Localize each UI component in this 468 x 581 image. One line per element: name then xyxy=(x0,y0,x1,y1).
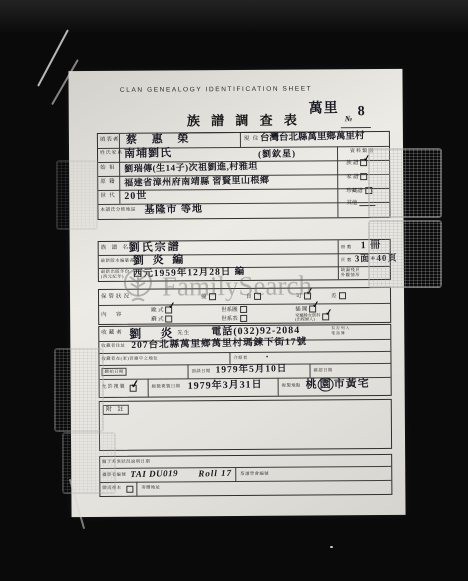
condition-label: 保管狀況 xyxy=(101,295,131,301)
compiler-value: 劉 炎 編 xyxy=(133,255,187,267)
option-label: 世系圖 xyxy=(221,308,238,314)
holder-label: 收藏者 xyxy=(101,331,124,337)
holder-position-label: 收藏者在(家)宮廟中之地位 xyxy=(101,357,158,362)
option-label2: (出嫁婦人) xyxy=(295,318,320,322)
society-number-label: 系譜學會編號 xyxy=(240,472,269,476)
checkmark-icon: ✓ xyxy=(324,308,333,318)
checkbox-icon xyxy=(339,292,346,302)
checkmark-icon: ✓ xyxy=(311,300,320,310)
holder-table: 收藏者 劉 炎 先生 電話(032)92-2084 有否列入 電話簿 收藏者住址… xyxy=(98,324,391,398)
checkbox-icon: ✓ xyxy=(322,313,329,321)
founder-label: 始 祖 xyxy=(100,166,115,172)
checkmark-icon: ✓ xyxy=(130,379,141,391)
seal-stamp-icon xyxy=(368,148,442,218)
document-page: CLAN GENEALOGY IDENTIFICATION SHEET 族 譜 … xyxy=(68,69,405,517)
retake-date-label: 翻拍日期 xyxy=(102,368,127,376)
checkbox-icon xyxy=(126,486,133,493)
option-label: 族 譜 xyxy=(346,161,358,167)
copy-place-label: 複製地點 xyxy=(282,384,301,388)
generations-value: 20世 xyxy=(124,191,147,201)
condition-option: 可 ✓ xyxy=(296,292,311,302)
edition-table: 族 譜 名 劉氏宗譜 冊 數 1 冊 最新版本編纂者 劉 炎 編 頁 數 3面+… xyxy=(98,239,391,282)
origin-label: 原 籍 xyxy=(100,180,115,186)
place-text: 桃 xyxy=(306,379,318,391)
distribution-value: 基隆市 等地 xyxy=(144,205,203,216)
clan-note: (劉欽星) xyxy=(258,149,296,159)
phone-note2: 電話簿 xyxy=(331,332,345,336)
introducer-value: · xyxy=(265,353,270,363)
place-circled-char: 園 xyxy=(317,377,333,391)
pages-label: 頁 數 xyxy=(341,258,352,262)
holder-address-value: 207台北縣萬里鄉萬里村瑪鍊下街17號 xyxy=(131,338,307,351)
option-label: 良 xyxy=(246,295,252,301)
option-label: 其他 xyxy=(346,201,357,207)
table-line xyxy=(309,363,310,377)
table-line xyxy=(338,240,339,279)
checkbox-icon: ✓ xyxy=(304,292,311,302)
option-label: 珍藏譜 xyxy=(346,189,363,195)
holder-name: 劉 炎 xyxy=(129,327,180,340)
interview-date-value: 1979年5月10日 xyxy=(215,365,287,376)
contents-option: 蘇 式 xyxy=(151,315,172,325)
admin-table: 關于差異狀況說明日期 攝影者編號 TAI DU019 Roll 17 系譜學會編… xyxy=(99,454,392,497)
table-line xyxy=(278,378,279,396)
compiler-label: 最新版本編纂者 xyxy=(101,259,135,264)
holder-phone: 電話(032)92-2084 xyxy=(211,326,300,338)
volumes-label: 冊 數 xyxy=(341,245,352,249)
copy-place-value: 桃園市黃宅 xyxy=(306,379,370,391)
roll-number: Roll 17 xyxy=(198,469,232,479)
microfilm-date-value: 1979年3月31日 xyxy=(188,380,263,392)
option-label: 世系表 xyxy=(221,317,238,323)
checkbox-icon: ✓ xyxy=(130,385,137,395)
permission-checkbox: ✓ xyxy=(130,385,137,395)
no-underline xyxy=(341,127,371,128)
origin-value: 福建省漳州府南靖縣 習賢里山根鄉 xyxy=(124,176,269,188)
material-type-option: 族 譜 ✓ xyxy=(346,159,367,169)
genealogy-name-value: 劉氏宗譜 xyxy=(129,242,181,254)
table-line xyxy=(187,364,188,378)
residence-label: 現 住 xyxy=(244,137,259,143)
condition-table: 保管狀況 優 良 可 ✓ 差 內 容 歐 式 ✓ xyxy=(98,287,391,325)
pubdate-value: 西元1959年12月28日 編 xyxy=(133,268,246,280)
checkbox-icon xyxy=(209,293,216,303)
filler-label: 填表者 xyxy=(100,138,120,144)
photographer-value: TAI DU019 xyxy=(130,469,178,479)
option-label: 優 xyxy=(201,295,207,301)
form-title: 族 譜 調 查 表 xyxy=(187,110,301,134)
generations-label: 世 代 xyxy=(100,194,115,200)
contents-label: 內 容 xyxy=(101,313,125,319)
honorific-label: 先生 xyxy=(177,331,190,337)
condition-option: 差 xyxy=(331,292,346,302)
pubdate-label2: (西元紀年) xyxy=(101,275,124,279)
checkbox-icon: ✓ xyxy=(360,159,367,169)
material-type-option: 家 譜 xyxy=(346,173,367,183)
table-line xyxy=(148,379,149,397)
distribution-label: 本譜氏分佈地區 xyxy=(100,208,136,213)
send-address-label: 寄贈地址 xyxy=(141,486,160,490)
checkbox-icon xyxy=(361,173,368,183)
interview-date-label: 面談日期 xyxy=(192,369,211,373)
clan-value: 南埔劉氏 xyxy=(124,148,172,160)
no-value: 8 xyxy=(358,105,366,119)
residence-value: 台灣台北縣萬里鄉萬里村 xyxy=(260,132,365,144)
checkbox-icon xyxy=(254,293,261,303)
checkbox-icon xyxy=(240,315,247,325)
notes-box: 附 註 xyxy=(99,399,392,451)
table-line xyxy=(240,133,241,147)
table-line xyxy=(100,480,391,483)
film-speck xyxy=(330,546,333,548)
seal-stamp-icon xyxy=(54,348,104,432)
table-line xyxy=(99,351,390,354)
table-line xyxy=(119,134,120,204)
seal-stamp-icon xyxy=(368,220,442,288)
checkbox-icon xyxy=(166,315,173,325)
place-text: 市黃宅 xyxy=(334,378,370,391)
notes-label: 附 註 xyxy=(103,405,129,415)
no-label: № xyxy=(345,115,353,123)
option-label: 歐 式 xyxy=(151,309,163,315)
microfilm-frame: CLAN GENEALOGY IDENTIFICATION SHEET 族 譜 … xyxy=(0,0,468,581)
table-line xyxy=(337,146,338,217)
condition-option: 良 xyxy=(246,293,261,303)
option-label: 可 xyxy=(296,295,302,301)
confirm-date-label: 確認日期 xyxy=(314,368,333,372)
locality-handwritten: 萬里 xyxy=(309,102,339,117)
microfilm-date-label: 縮微複製日期 xyxy=(152,384,181,388)
clan-label: 姓氏家系 xyxy=(100,152,123,157)
option-label: 蘇 式 xyxy=(151,318,163,324)
table-line xyxy=(136,482,137,496)
checkmark-icon: ✓ xyxy=(167,301,176,311)
table-line xyxy=(229,352,230,364)
seal-stamp-icon xyxy=(56,160,98,230)
option-label: 差 xyxy=(331,294,337,300)
option-label: 家 譜 xyxy=(346,175,358,181)
missing-label2: 外觀情形 xyxy=(341,273,360,277)
holder-address-label: 收藏者住址 xyxy=(101,344,125,348)
contents-option: 世系表 xyxy=(221,315,247,325)
contents-option: 家屬婦女資料 (出嫁婦人) ✓ xyxy=(295,313,329,322)
film-scratch xyxy=(37,29,69,86)
genealogy-name-label: 族 譜 名 xyxy=(101,246,130,252)
basic-info-table: 填表者 蔡 惠 榮 現 住 台灣台北縣萬里鄉萬里村 姓氏家系 南埔劉氏 (劉欽星… xyxy=(97,131,391,220)
filler-value: 蔡 惠 榮 xyxy=(126,134,195,146)
checkmark-icon: ✓ xyxy=(305,287,314,297)
introducer-label: 介紹者 xyxy=(233,356,247,360)
sheet-title-en: CLAN GENEALOGY IDENTIFICATION SHEET xyxy=(69,85,364,94)
founder-value: 劉瑞傳(生14子)次祖劉進,村雅坦 xyxy=(124,162,258,174)
condition-option: 優 xyxy=(201,293,216,303)
permission-label: 允許複製 xyxy=(102,385,126,390)
table-line xyxy=(235,467,236,481)
